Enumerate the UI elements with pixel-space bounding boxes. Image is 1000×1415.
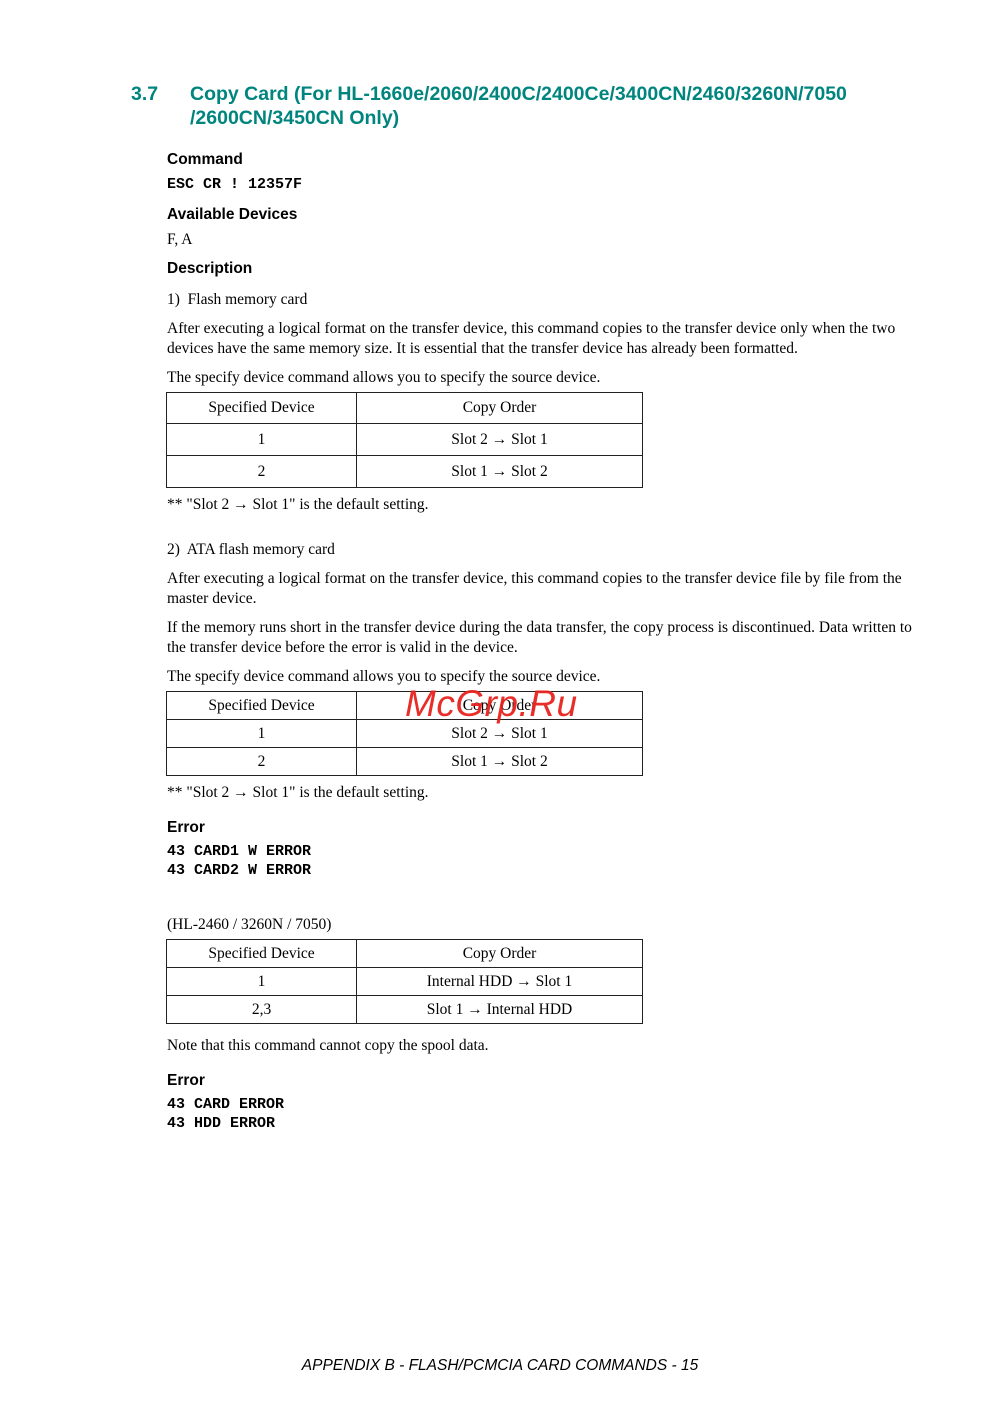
table-cell: 1: [167, 968, 357, 996]
spool-note: Note that this command cannot copy the s…: [167, 1036, 927, 1056]
error-heading: Error: [167, 819, 205, 837]
ata-card-paragraph-1: After executing a logical format on the …: [167, 569, 912, 609]
table-cell: Slot 1 → Slot 2: [357, 456, 643, 488]
section-number: 3.7: [131, 82, 158, 106]
error-line: 43 CARD ERROR: [167, 1095, 284, 1115]
table-row: 1 Slot 2 → Slot 1: [167, 424, 643, 456]
ata-card-paragraph-2: If the memory runs short in the transfer…: [167, 618, 919, 658]
page-footer: APPENDIX B - FLASH/PCMCIA CARD COMMANDS …: [0, 1357, 1000, 1375]
table-header: Copy Order: [357, 393, 643, 424]
table-cell: 1: [167, 720, 357, 748]
table-header-row: Specified Device Copy Order: [167, 940, 643, 968]
ata-card-title: 2) ATA flash memory card: [167, 540, 927, 560]
flash-card-title: 1) Flash memory card: [167, 290, 927, 310]
flash-card-note: ** "Slot 2 → Slot 1" is the default sett…: [167, 495, 927, 515]
flash-card-paragraph-2: The specify device command allows you to…: [167, 368, 927, 388]
table-cell: 2: [167, 456, 357, 488]
section-heading: Copy Card (For HL-1660e/2060/2400C/2400C…: [190, 82, 950, 130]
table-cell: Internal HDD → Slot 1: [357, 968, 643, 996]
table-header-row: Specified Device Copy Order: [167, 393, 643, 424]
table-row: 2 Slot 1 → Slot 2: [167, 748, 643, 776]
table-row: 2,3 Slot 1 → Internal HDD: [167, 996, 643, 1024]
available-devices-heading: Available Devices: [167, 206, 297, 224]
table-header: Specified Device: [167, 393, 357, 424]
hl-models-table: Specified Device Copy Order 1 Internal H…: [166, 939, 643, 1024]
table-cell: Slot 2 → Slot 1: [357, 424, 643, 456]
flash-card-table: Specified Device Copy Order 1 Slot 2 → S…: [166, 392, 643, 488]
table-cell: 1: [167, 424, 357, 456]
table-header: Specified Device: [167, 692, 357, 720]
watermark: McGrp.Ru: [405, 683, 578, 725]
table-cell: Slot 1 → Slot 2: [357, 748, 643, 776]
table-cell: Slot 1 → Internal HDD: [357, 996, 643, 1024]
hl-models-label: (HL-2460 / 3260N / 7050): [167, 915, 927, 935]
table-header: Specified Device: [167, 940, 357, 968]
ata-card-note: ** "Slot 2 → Slot 1" is the default sett…: [167, 783, 927, 803]
error-line: 43 CARD1 W ERROR: [167, 842, 311, 862]
error-heading: Error: [167, 1072, 205, 1090]
description-heading: Description: [167, 260, 252, 278]
available-devices-value: F, A: [167, 230, 927, 250]
error-line: 43 CARD2 W ERROR: [167, 861, 311, 881]
table-row: 1 Internal HDD → Slot 1: [167, 968, 643, 996]
error-line: 43 HDD ERROR: [167, 1114, 275, 1134]
flash-card-paragraph-1: After executing a logical format on the …: [167, 319, 917, 359]
command-heading: Command: [167, 151, 243, 169]
table-cell: 2: [167, 748, 357, 776]
table-row: 2 Slot 1 → Slot 2: [167, 456, 643, 488]
table-header: Copy Order: [357, 940, 643, 968]
command-code: ESC CR ! 12357F: [167, 175, 302, 195]
table-cell: 2,3: [167, 996, 357, 1024]
